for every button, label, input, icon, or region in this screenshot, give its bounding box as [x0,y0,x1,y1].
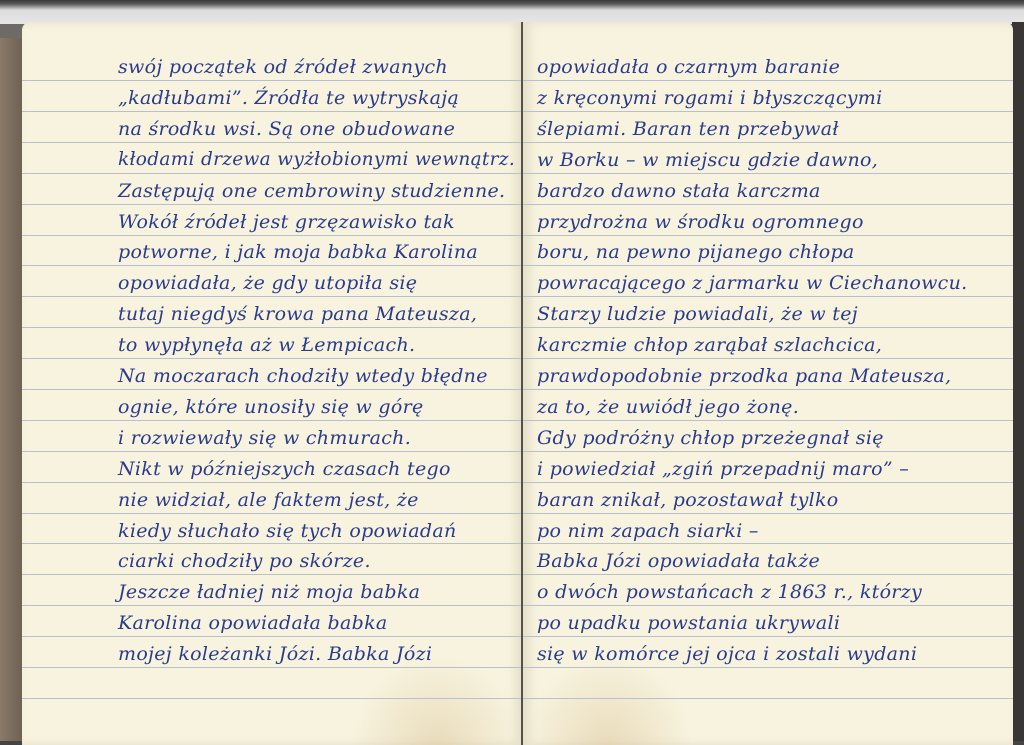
scanner-top-edge [0,0,1024,24]
ruled-line [523,80,1013,81]
ruled-line [22,265,522,266]
handwritten-line: potworne, i jak moja babka Karolina [118,241,478,263]
ruled-line [523,173,1013,174]
handwritten-line: kiedy słuchało się tych opowiadań [118,520,457,542]
ruled-line [22,513,522,514]
left-notebook-page: swój początek od źródeł zwanych„kadłubam… [22,22,522,745]
handwritten-line: baran znikał, pozostawał tylko [537,489,839,511]
handwritten-line: i powiedział „zgiń przepadnij maro” – [537,458,909,480]
ruled-line [22,389,522,390]
handwritten-line: Babka Józi opowiadała także [537,550,820,572]
ruled-line [22,698,522,699]
ruled-line [22,482,522,483]
handwritten-line: przydrożna w środku ogromnego [537,211,864,233]
ruled-line [22,296,522,297]
handwritten-line: opowiadała o czarnym baranie [537,56,840,78]
ruled-line [22,204,522,205]
ruled-line [523,482,1013,483]
scanner-left-edge [0,38,22,745]
ruled-line [523,420,1013,421]
ruled-line [523,389,1013,390]
handwritten-line: o dwóch powstańcach z 1863 r., którzy [537,581,922,603]
ruled-line [22,667,522,668]
handwritten-line: w Borku – w miejscu gdzie dawno, [537,149,878,171]
handwritten-line: Wokół źródeł jest grzęzawisko tak [118,211,455,233]
handwritten-line: powracającego z jarmarku w Ciechanowcu. [537,272,967,294]
ruled-line [523,265,1013,266]
ruled-line [22,605,522,606]
ruled-line [523,667,1013,668]
ruled-line [523,358,1013,359]
handwritten-line: Karolina opowiadała babka [118,612,388,634]
handwritten-line: po nim zapach siarki – [537,520,759,542]
ruled-line [22,636,522,637]
handwritten-line: ognie, które unosiły się w górę [118,396,424,418]
ruled-line [22,358,522,359]
ruled-line [523,605,1013,606]
handwritten-line: po upadku powstania ukrywali [537,612,840,634]
handwritten-line: się w komórce jej ojca i zostali wydani [537,643,917,665]
ruled-line [22,327,522,328]
handwritten-line: Nikt w późniejszych czasach tego [118,458,451,480]
ruled-line [22,543,522,544]
handwritten-line: opowiadała, że gdy utopiła się [118,272,417,294]
handwritten-line: ślepiami. Baran ten przebywał [537,118,839,140]
handwritten-line: bardzo dawno stała karczma [537,180,821,202]
ruled-line [523,111,1013,112]
ruled-line [22,235,522,236]
handwritten-line: Gdy podróżny chłop przeżegnał się [537,427,884,449]
ruled-line [523,543,1013,544]
handwritten-line: prawdopodobnie przodka pana Mateusza, [537,365,951,387]
ruled-line [523,451,1013,452]
handwritten-line: na środku wsi. Są one obudowane [118,118,455,140]
handwritten-line: kłodami drzewa wyżłobionymi wewnątrz. [118,149,515,170]
ruled-line [523,142,1013,143]
handwritten-line: boru, na pewno pijanego chłopa [537,241,855,263]
ruled-line [22,173,522,174]
handwritten-line: i rozwiewały się w chmurach. [118,427,411,449]
ruled-line [523,327,1013,328]
handwritten-line: Na moczarach chodziły wtedy błędne [118,365,488,387]
ruled-line [22,142,522,143]
ruled-line [523,574,1013,575]
water-stain [523,655,693,745]
right-notebook-page: opowiadała o czarnym baraniez kręconymi … [523,22,1013,745]
handwritten-line: nie widział, ale faktem jest, że [118,489,419,511]
handwritten-line: za to, że uwiódł jego żonę. [537,396,799,418]
scanner-right-edge [1012,22,1024,745]
handwritten-line: tutaj niegdyś krowa pana Mateusza, [118,303,477,325]
ruled-line [523,698,1013,699]
ruled-line [523,296,1013,297]
ruled-line [22,420,522,421]
water-stain [352,655,522,745]
handwritten-line: swój początek od źródeł zwanych [118,56,448,78]
handwritten-line: mojej koleżanki Józi. Babka Józi [118,643,432,665]
ruled-line [523,235,1013,236]
handwritten-line: „kadłubami”. Źródła te wytryskają [118,87,459,109]
ruled-line [523,513,1013,514]
ruled-line [22,574,522,575]
ruled-line [22,80,522,81]
handwritten-line: Zastępują one cembrowiny studzienne. [118,180,505,202]
ruled-line [22,451,522,452]
handwritten-line: ciarki chodziły po skórze. [118,550,371,572]
handwritten-line: Jeszcze ładniej niż moja babka [118,581,420,603]
handwritten-line: Starzy ludzie powiadali, że w tej [537,303,858,325]
ruled-line [523,204,1013,205]
handwritten-line: to wypłynęła aż w Łempicach. [118,334,415,356]
handwritten-line: z kręconymi rogami i błyszczącymi [537,87,883,109]
handwritten-line: karczmie chłop zarąbał szlachcica, [537,334,882,356]
ruled-line [523,636,1013,637]
ruled-line [22,111,522,112]
